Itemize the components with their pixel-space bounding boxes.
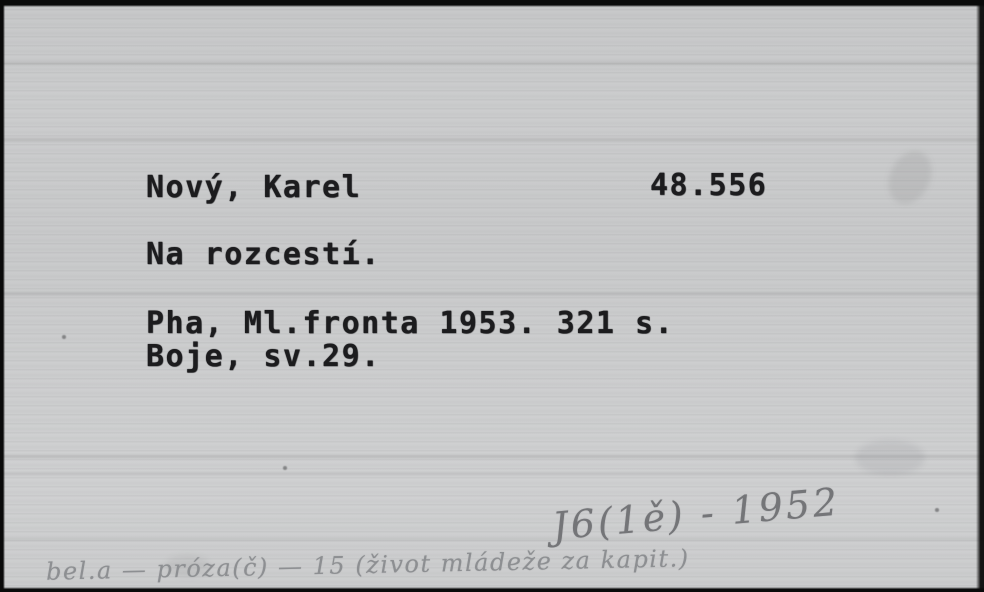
- series-line: Boje, sv.29.: [146, 340, 381, 373]
- scan-speck: [62, 335, 66, 339]
- scan-edge-top: [0, 0, 984, 7]
- scan-speck: [935, 508, 939, 512]
- scan-smudge: [855, 440, 925, 475]
- scan-streak: [0, 538, 984, 541]
- call-number: 48.556: [650, 168, 767, 203]
- author-heading: Nový, Karel: [146, 170, 361, 205]
- scan-speck: [283, 466, 287, 470]
- scan-edge-bottom: [0, 587, 984, 592]
- imprint-line: Pha, Ml.fronta 1953. 321 s.: [146, 307, 674, 340]
- handwritten-shelfmark: J6(1ě) - 1952: [551, 480, 842, 549]
- scan-streak: [0, 292, 984, 295]
- scan-streak: [0, 472, 984, 475]
- handwritten-subject-note: bel.a — próza(č) — 15 (život mládeže za …: [46, 544, 690, 585]
- scan-smudge: [880, 144, 939, 211]
- scan-edge-left: [0, 0, 5, 592]
- title: Na rozcestí.: [146, 237, 381, 272]
- scan-edge-right: [976, 0, 984, 592]
- scan-streak: [0, 62, 984, 65]
- scan-streak: [0, 138, 984, 141]
- scan-streak: [0, 455, 984, 458]
- catalog-card-scan: Nový, Karel 48.556 Na rozcestí. Pha, Ml.…: [0, 0, 984, 592]
